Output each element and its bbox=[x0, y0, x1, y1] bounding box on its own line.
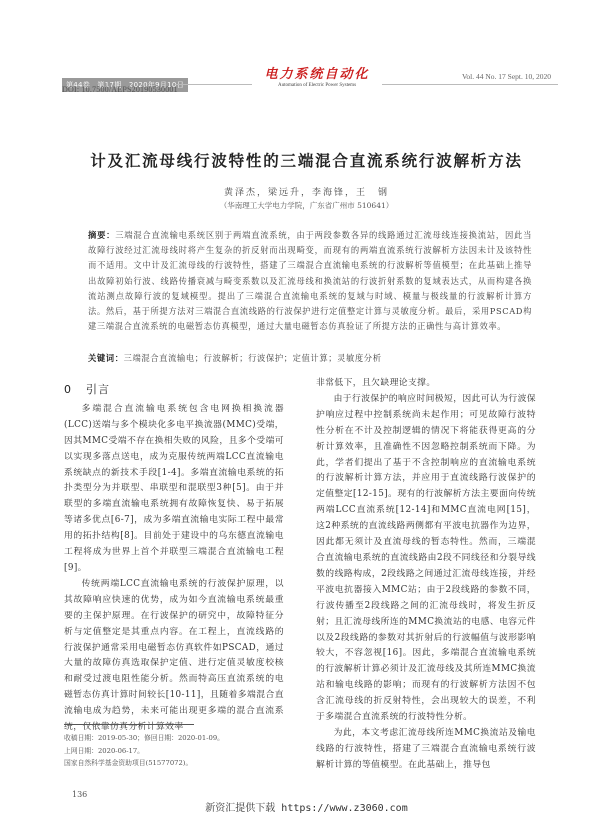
paragraph: 为此，本文考虑汇流母线所连MMC换流站及输电线路的行波特性，搭建了三端混合直流输… bbox=[316, 726, 536, 774]
paragraph: 由于行波保护的响应时间极短，因此可认为行波保护响应过程中控制系统尚未起作用；可见… bbox=[316, 392, 536, 726]
watermark-url[interactable]: https://www.z3060.com bbox=[281, 803, 407, 814]
footnote-received: 收稿日期：2019-05-30；修回日期：2020-01-09。 bbox=[64, 732, 224, 745]
footnote-rule bbox=[64, 724, 194, 725]
footnote-funding: 国家自然科学基金资助项目(51577072)。 bbox=[64, 757, 224, 770]
footnote-online: 上网日期：2020-06-17。 bbox=[64, 745, 224, 758]
doi: DOI: 10.7500/AEPS20190530001 bbox=[62, 85, 178, 94]
paragraph: 非常低下，且欠缺理论支撑。 bbox=[316, 376, 536, 392]
affiliation: （华南理工大学电力学院，广东省广州市 510641） bbox=[0, 200, 613, 211]
paper-title: 计及汇流母线行波特性的三端混合直流系统行波解析方法 bbox=[0, 149, 613, 171]
journal-logo: 电力系统自动化 Automation of Electric Power Sys… bbox=[252, 68, 382, 89]
keywords: 关键词：三端混合直流输电；行波解析；行波保护；定值计算；灵敏度分析 bbox=[88, 352, 532, 364]
issue-info-en: Vol. 44 No. 17 Sept. 10, 2020 bbox=[462, 72, 551, 81]
footnotes: 收稿日期：2019-05-30；修回日期：2020-01-09。 上网日期：20… bbox=[64, 732, 224, 770]
abstract-text: 三端混合直流输电系统区别于两端直流系统，由于两段参数各异的线路通过汇流母线连接换… bbox=[88, 230, 532, 331]
page-number: 136 bbox=[72, 790, 87, 799]
paragraph: 多端混合直流输电系统包含电网换相换流器(LCC)送端与多个模块化多电平换流器(M… bbox=[64, 402, 284, 577]
paragraph: 传统两端LCC直流输电系统的行波保护原理，以其故障响应快速的优势，成为如今直流输… bbox=[64, 577, 284, 736]
section-title: 引言 bbox=[86, 383, 110, 396]
left-column: 0引言 多端混合直流输电系统包含电网换相换流器(LCC)送端与多个模块化多电平换… bbox=[64, 382, 284, 736]
paper-page: 第44卷 第17期 2020年9月10日 DOI: 10.7500/AEPS20… bbox=[0, 0, 613, 825]
keywords-text: 三端混合直流输电；行波解析；行波保护；定值计算；灵敏度分析 bbox=[124, 353, 382, 363]
section-heading: 0引言 bbox=[64, 382, 284, 398]
journal-name-cn: 电力系统自动化 bbox=[252, 68, 382, 82]
right-column: 非常低下，且欠缺理论支撑。 由于行波保护的响应时间极短，因此可认为行波保护响应过… bbox=[316, 376, 536, 774]
journal-name-en: Automation of Electric Power Systems bbox=[252, 82, 382, 89]
section-number: 0 bbox=[64, 383, 72, 396]
authors: 黄泽杰，梁远升，李海锋，王 钢 bbox=[0, 185, 613, 198]
abstract: 摘要：三端混合直流输电系统区别于两端直流系统，由于两段参数各异的线路通过汇流母线… bbox=[88, 228, 532, 334]
download-watermark: 新资汇提供下载 https://www.z3060.com bbox=[0, 799, 613, 814]
abstract-label: 摘要： bbox=[88, 230, 115, 240]
keywords-label: 关键词： bbox=[88, 353, 124, 363]
watermark-text: 新资汇提供下载 bbox=[205, 803, 275, 814]
